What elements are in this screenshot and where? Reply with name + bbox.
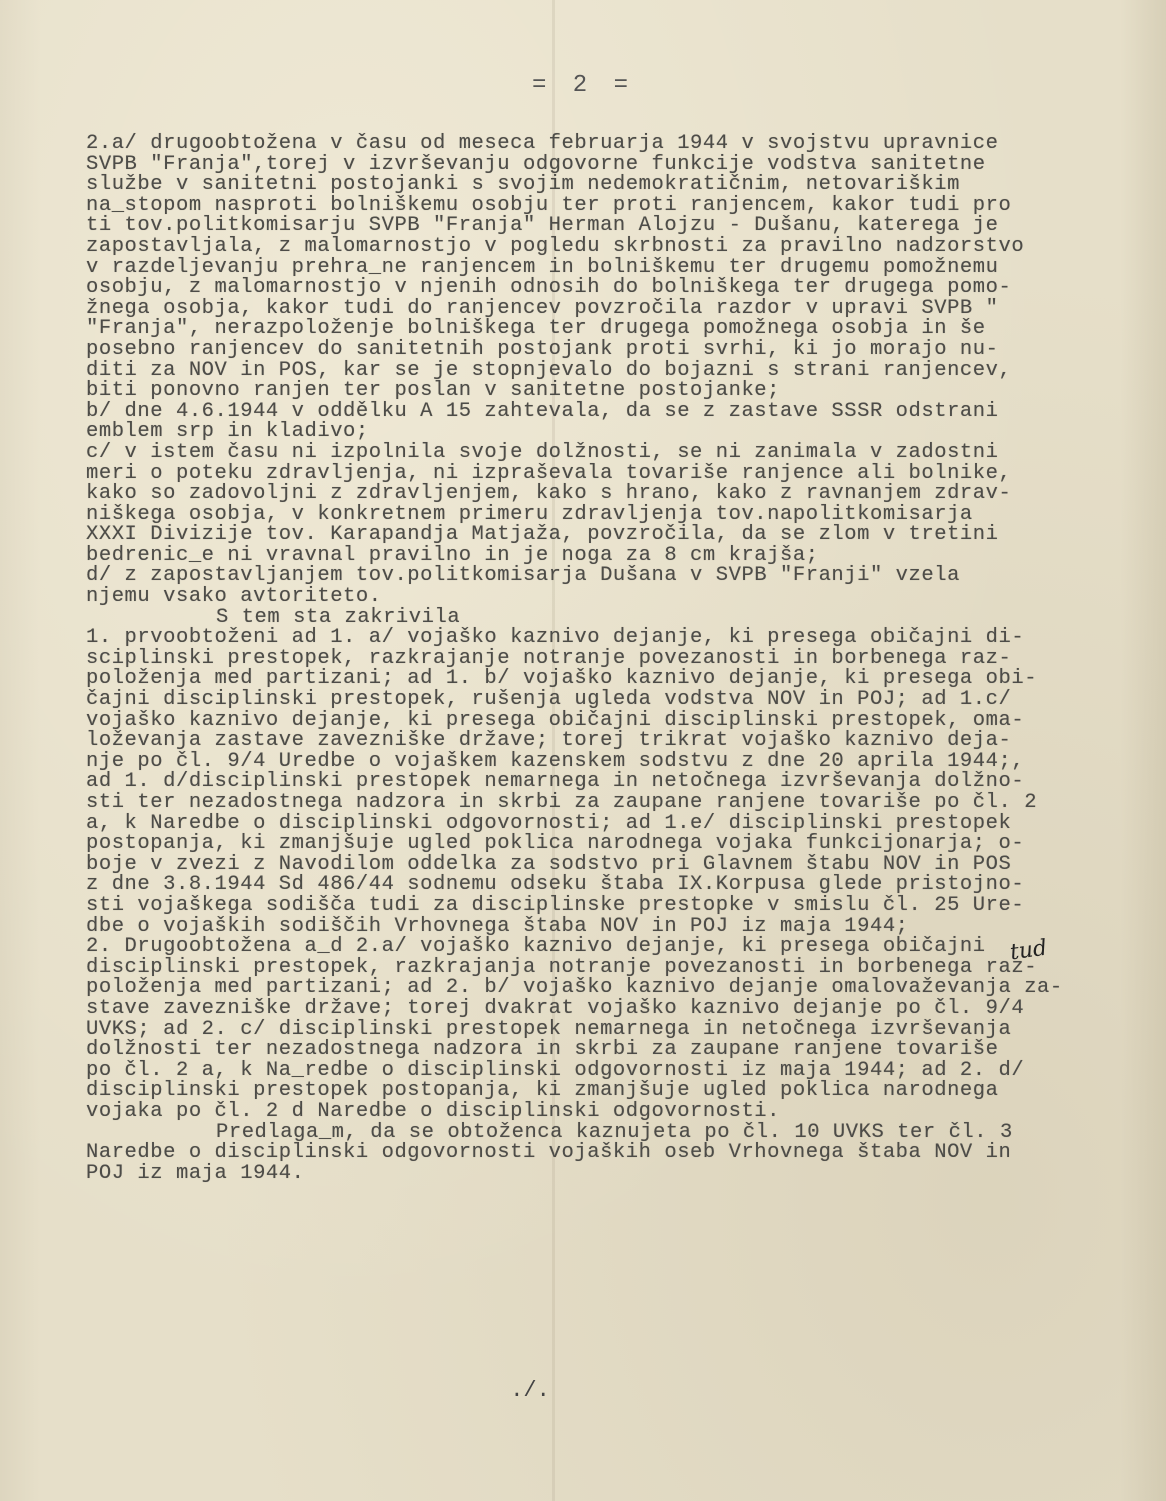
handwritten-annotation: tud <box>1008 936 1048 966</box>
page-number: = 2 = <box>0 72 1166 99</box>
text-line: sti ter nezadostnega nadzora in skrbi za… <box>86 793 1126 814</box>
text-line: položenja med partizani; ad 2. b/ vojašk… <box>86 978 1126 999</box>
text-line: 2. Drugoobtožena a_d 2.a/ vojaško kazniv… <box>86 937 1126 958</box>
text-line: postopanja, ki zmanjšuje ugled poklica n… <box>86 834 1126 855</box>
text-line: Predlaga_m, da se obtoženca kaznujeta po… <box>86 1123 1126 1144</box>
text-line: ad 1. d/disciplinski prestopek nemarnega… <box>86 772 1126 793</box>
text-line: 2.a/ drugoobtožena v času od meseca febr… <box>86 134 1126 155</box>
text-line: položenja med partizani; ad 1. b/ vojašk… <box>86 669 1126 690</box>
text-line: osobju, z malomarnostjo v njenih odnosih… <box>86 278 1126 299</box>
text-line: biti ponovno ranjen ter poslan v sanitet… <box>86 381 1126 402</box>
text-line: XXXI Divizije tov. Karapandja Matjaža, p… <box>86 525 1126 546</box>
text-line: "Franja", nerazpoloženje bolniškega ter … <box>86 319 1126 340</box>
text-line: diti za NOV in POS, kar se je stopnjeval… <box>86 361 1126 382</box>
text-line: S tem sta zakrivila <box>86 608 1126 629</box>
text-line: z dne 3.8.1944 Sd 486/44 sodnemu odseku … <box>86 875 1126 896</box>
text-line: Naredbe o disciplinski odgovornosti voja… <box>86 1143 1126 1164</box>
text-line: sti vojaškega sodišča tudi za disciplins… <box>86 896 1126 917</box>
text-line: zapostavljala, z malomarnostjo v pogledu… <box>86 237 1126 258</box>
document-page: = 2 = 2.a/ drugoobtožena v času od mesec… <box>0 0 1166 1501</box>
text-line: loževanja zastave zavezniške države; tor… <box>86 731 1126 752</box>
text-line: b/ dne 4.6.1944 v oddělku A 15 zahtevala… <box>86 402 1126 423</box>
text-line: sciplinski prestopek, razkrajanje notran… <box>86 649 1126 670</box>
text-line: dolžnosti ter nezadostnega nadzora in sk… <box>86 1040 1126 1061</box>
text-line: v razdeljevanju prehra_ne ranjencem in b… <box>86 258 1126 279</box>
document-body: 2.a/ drugoobtožena v času od meseca febr… <box>86 134 1126 1184</box>
text-line: na_stopom nasproti bolniškemu osobju ter… <box>86 196 1126 217</box>
continuation-mark: ./. <box>0 1378 1060 1403</box>
text-line: niškega osobja, v konkretnem primeru zdr… <box>86 505 1126 526</box>
text-line: čajni disciplinski prestopek, rušenja ug… <box>86 690 1126 711</box>
text-line: SVPB "Franja",torej v izvrševanju odgovo… <box>86 155 1126 176</box>
text-line: a, k Naredbe o disciplinski odgovornosti… <box>86 814 1126 835</box>
text-line: vojaško kaznivo dejanje, ki presega obič… <box>86 711 1126 732</box>
text-line: stave zavezniške države; torej dvakrat v… <box>86 999 1126 1020</box>
text-line: kako so zadovoljni z zdravljenjem, kako … <box>86 484 1126 505</box>
text-line: bedrenic_e ni vravnal pravilno in je nog… <box>86 546 1126 567</box>
text-line: nje po čl. 9/4 Uredbe o vojaškem kazensk… <box>86 752 1126 773</box>
text-line: d/ z zapostavljanjem tov.politkomisarja … <box>86 566 1126 587</box>
text-line: vojaka po čl. 2 d Naredbe o disciplinski… <box>86 1102 1126 1123</box>
text-line: disciplinski prestopek postopanja, ki zm… <box>86 1081 1126 1102</box>
text-line: boje v zvezi z Navodilom oddelka za sods… <box>86 855 1126 876</box>
text-line: posebno ranjencev do sanitetnih postojan… <box>86 340 1126 361</box>
text-line: službe v sanitetni postojanki s svojim n… <box>86 175 1126 196</box>
text-line: emblem srp in kladivo; <box>86 422 1126 443</box>
text-line: po čl. 2 a, k Na_redbe o disciplinski od… <box>86 1061 1126 1082</box>
text-line: 1. prvoobtoženi ad 1. a/ vojaško kaznivo… <box>86 628 1126 649</box>
text-line: meri o poteku zdravljenja, ni izpraševal… <box>86 464 1126 485</box>
text-line: POJ iz maja 1944. <box>86 1164 1126 1185</box>
text-line: UVKS; ad 2. c/ disciplinski prestopek ne… <box>86 1020 1126 1041</box>
text-line: c/ v istem času ni izpolnila svoje dolžn… <box>86 443 1126 464</box>
text-line: ti tov.politkomisarju SVPB "Franja" Herm… <box>86 216 1126 237</box>
text-line: disciplinski prestopek, razkrajanja notr… <box>86 958 1126 979</box>
text-line: njemu vsako avtoriteto. <box>86 587 1126 608</box>
text-line: žnega osobja, kakor tudi do ranjencev po… <box>86 299 1126 320</box>
text-line: dbe o vojaških sodiščih Vrhovnega štaba … <box>86 917 1126 938</box>
